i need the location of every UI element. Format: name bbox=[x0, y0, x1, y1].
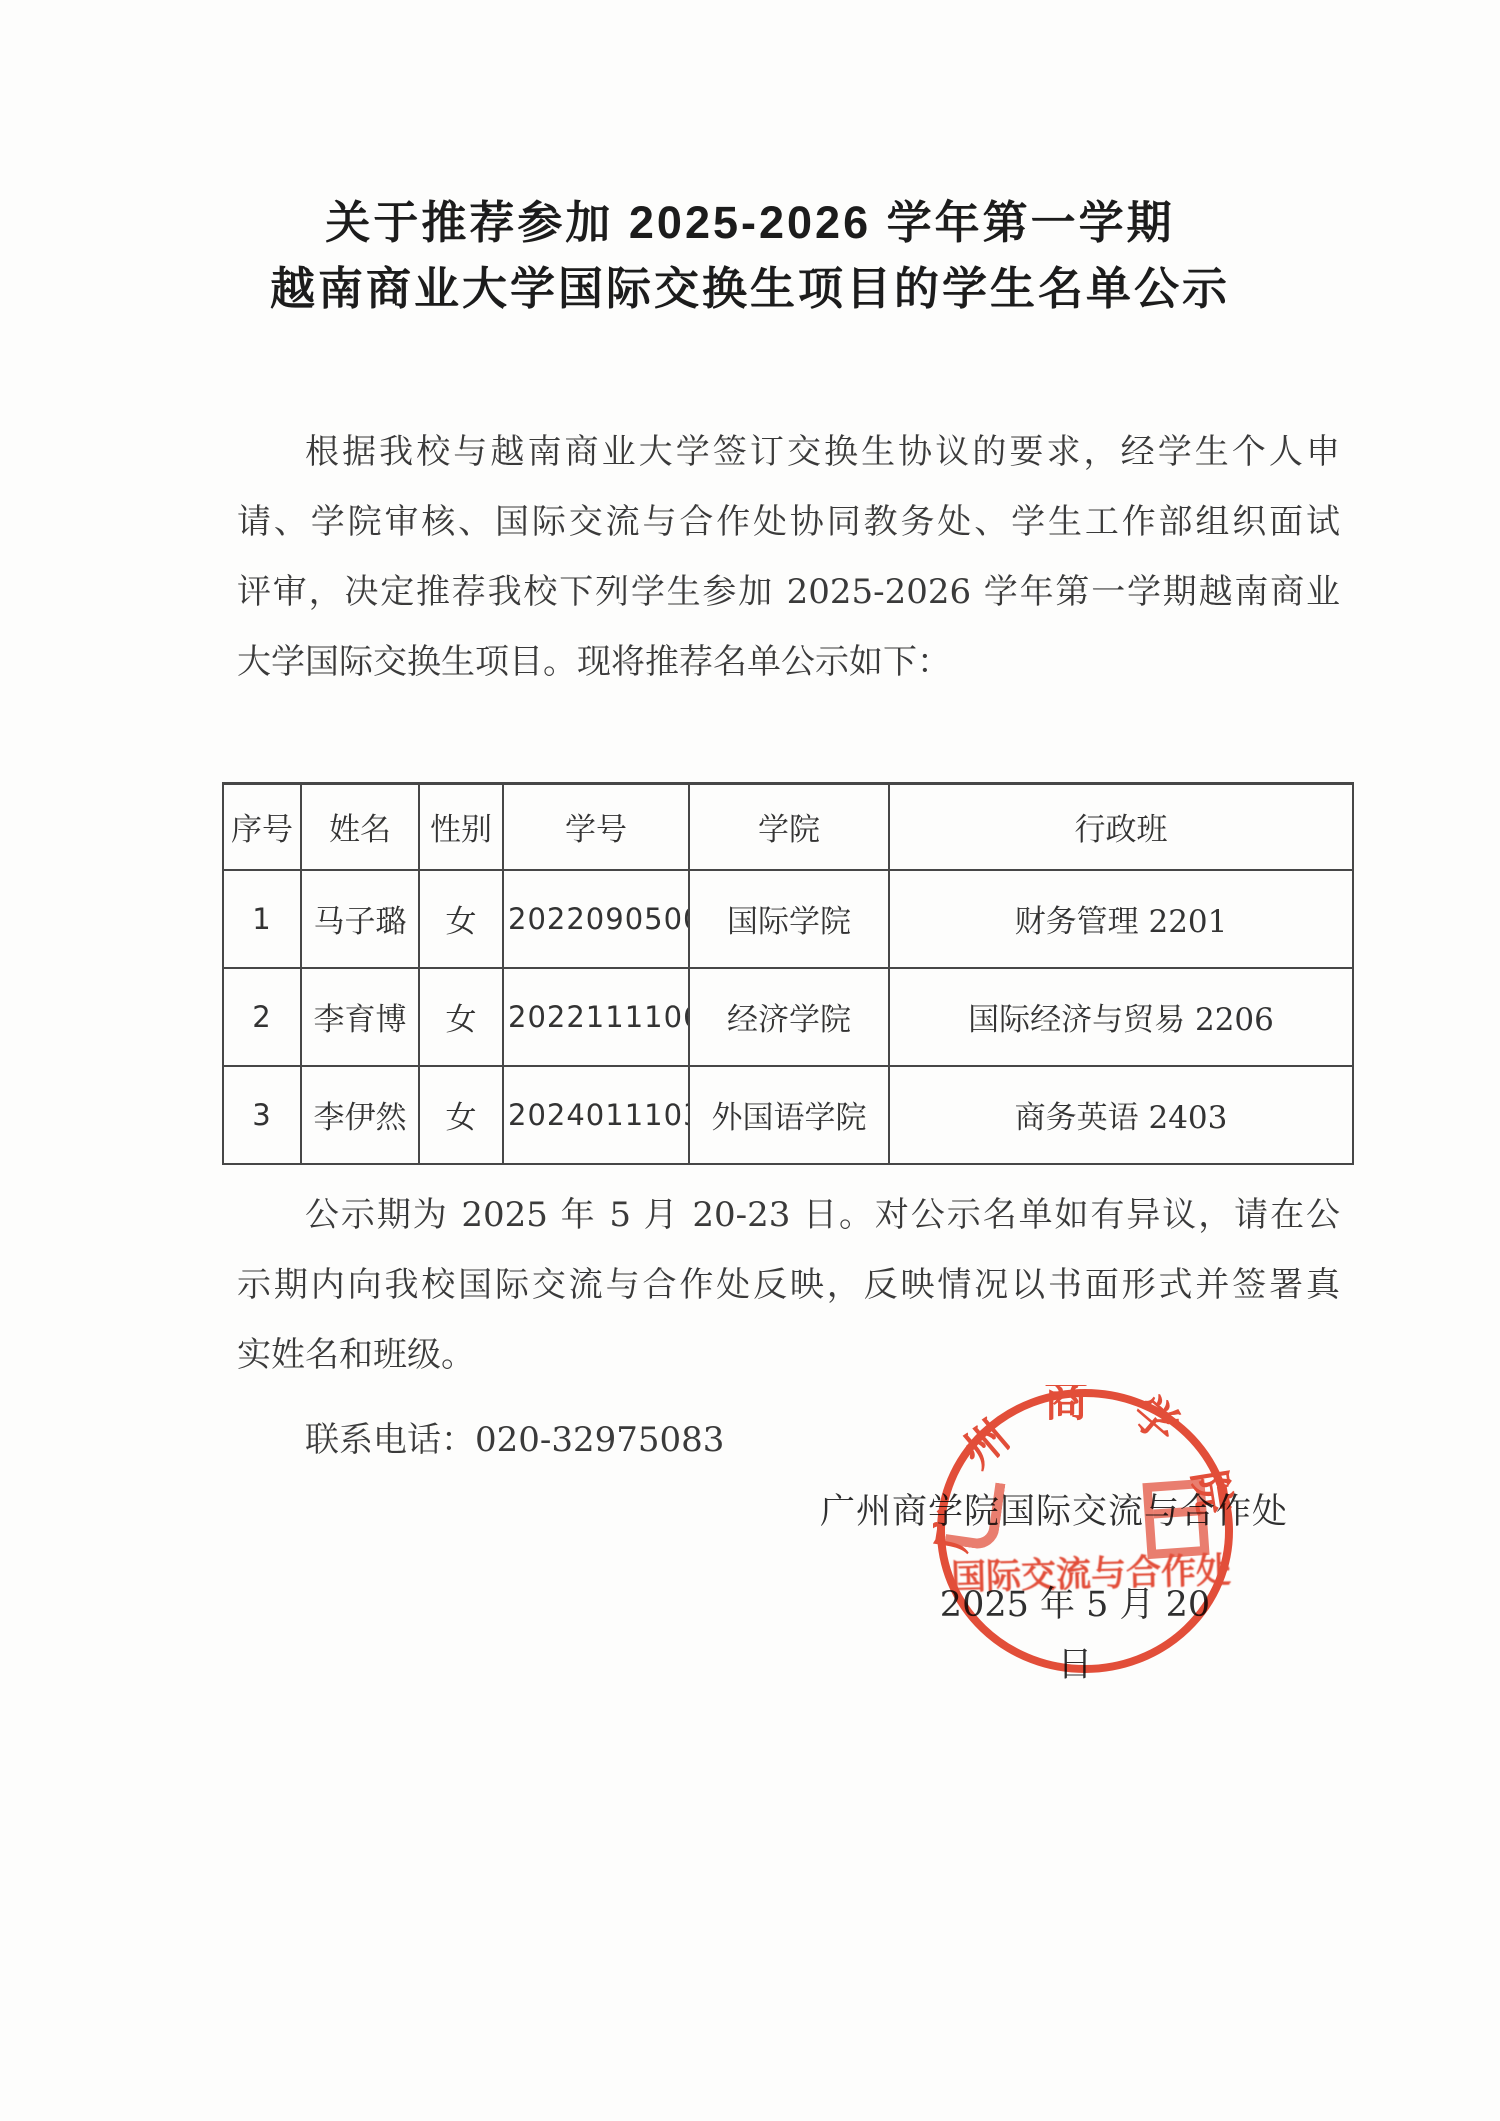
cell-class: 商务英语 2403 bbox=[889, 1066, 1353, 1164]
cell-class: 财务管理 2201 bbox=[889, 870, 1353, 968]
table-row: 1 马子璐 女 202209050002 国际学院 财务管理 2201 bbox=[223, 870, 1353, 968]
cell-college: 外国语学院 bbox=[689, 1066, 889, 1164]
title-line-1: 关于推荐参加 2025-2026 学年第一学期 bbox=[160, 190, 1340, 256]
paragraph-notice: 公示期为 2025 年 5 月 20-23 日。对公示名单如有异议，请在公 示期… bbox=[237, 1180, 1340, 1390]
cell-name: 李育博 bbox=[301, 968, 419, 1066]
signature-date: 2025 年 5 月 20 日 bbox=[925, 1575, 1225, 1635]
student-roster-table: 序号 姓名 性别 学号 学院 行政班 1 马子璐 女 202209050002 … bbox=[222, 782, 1354, 1165]
cell-student-id: 202211110618 bbox=[503, 968, 689, 1066]
header-cell-college: 学院 bbox=[689, 784, 889, 870]
cell-index: 2 bbox=[223, 968, 301, 1066]
cell-gender: 女 bbox=[419, 1066, 503, 1164]
paragraph-line: 大学国际交换生项目。现将推荐名单公示如下： bbox=[237, 627, 1340, 697]
table-header-row: 序号 姓名 性别 学号 学院 行政班 bbox=[223, 784, 1353, 870]
cell-student-id: 202401110316 bbox=[503, 1066, 689, 1164]
table-row: 2 李育博 女 202211110618 经济学院 国际经济与贸易 2206 bbox=[223, 968, 1353, 1066]
cell-college: 经济学院 bbox=[689, 968, 889, 1066]
cell-class: 国际经济与贸易 2206 bbox=[889, 968, 1353, 1066]
header-cell-index: 序号 bbox=[223, 784, 301, 870]
header-cell-class: 行政班 bbox=[889, 784, 1353, 870]
cell-name: 李伊然 bbox=[301, 1066, 419, 1164]
cell-name: 马子璐 bbox=[301, 870, 419, 968]
cell-college: 国际学院 bbox=[689, 870, 889, 968]
header-cell-name: 姓名 bbox=[301, 784, 419, 870]
document-title: 关于推荐参加 2025-2026 学年第一学期 越南商业大学国际交换生项目的学生… bbox=[160, 190, 1340, 322]
paragraph-line: 公示期为 2025 年 5 月 20-23 日。对公示名单如有异议，请在公 bbox=[237, 1180, 1340, 1250]
contact-phone: 联系电话：020-32975083 bbox=[305, 1405, 724, 1475]
table-row: 3 李伊然 女 202401110316 外国语学院 商务英语 2403 bbox=[223, 1066, 1353, 1164]
cell-index: 3 bbox=[223, 1066, 301, 1164]
paragraph-intro: 根据我校与越南商业大学签订交换生协议的要求，经学生个人申 请、学院审核、国际交流… bbox=[237, 417, 1340, 697]
cell-student-id: 202209050002 bbox=[503, 870, 689, 968]
header-cell-student-id: 学号 bbox=[503, 784, 689, 870]
paragraph-line: 请、学院审核、国际交流与合作处协同教务处、学生工作部组织面试 bbox=[237, 487, 1340, 557]
signature-organization: 广州商学院国际交流与合作处 bbox=[820, 1482, 1288, 1542]
paragraph-line: 实姓名和班级。 bbox=[237, 1320, 1340, 1390]
paragraph-line: 示期内向我校国际交流与合作处反映，反映情况以书面形式并签署真 bbox=[237, 1250, 1340, 1320]
header-cell-gender: 性别 bbox=[419, 784, 503, 870]
cell-gender: 女 bbox=[419, 968, 503, 1066]
cell-gender: 女 bbox=[419, 870, 503, 968]
cell-index: 1 bbox=[223, 870, 301, 968]
paragraph-line: 评审，决定推荐我校下列学生参加 2025-2026 学年第一学期越南商业 bbox=[237, 557, 1340, 627]
document-page: 关于推荐参加 2025-2026 学年第一学期 越南商业大学国际交换生项目的学生… bbox=[0, 0, 1500, 2121]
title-line-2: 越南商业大学国际交换生项目的学生名单公示 bbox=[160, 256, 1340, 322]
paragraph-line: 根据我校与越南商业大学签订交换生协议的要求，经学生个人申 bbox=[237, 417, 1340, 487]
